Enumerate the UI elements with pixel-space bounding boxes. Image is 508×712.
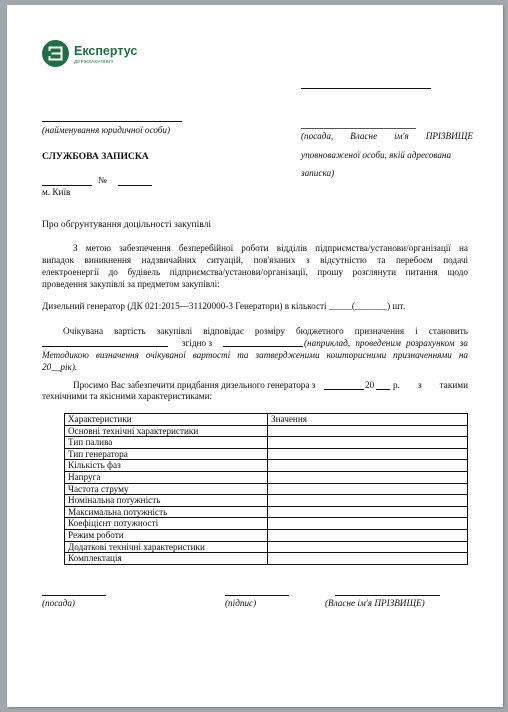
table-cell-name: Режим роботи xyxy=(65,529,268,541)
logo-subtitle: ДЕРЖЗАКУПІВЛІ xyxy=(74,59,113,64)
para3-year: 20 xyxy=(365,379,374,391)
table-header-characteristics: Характеристики xyxy=(65,414,268,426)
para2-example: (наприклад, проведеним розрахунком за xyxy=(304,337,468,349)
basis-line xyxy=(223,346,303,347)
document-page: Експертус ДЕРЖЗАКУПІВЛІ (посада, Власне … xyxy=(7,5,503,707)
table-cell-value[interactable] xyxy=(268,471,468,483)
table-header-row: Характеристики Значення xyxy=(65,414,468,426)
signature-position-line xyxy=(42,595,106,596)
signature-name-line xyxy=(335,595,440,596)
amount-line xyxy=(42,346,168,347)
table-row: Кількість фаз xyxy=(65,460,468,472)
logo-icon xyxy=(42,40,69,67)
para1-line3: електроенергії до будівель підприємства/… xyxy=(42,266,468,278)
table-row: Частота струму xyxy=(65,483,468,495)
table-cell-name: Тип генератора xyxy=(65,448,268,460)
addressee-caption-line1: (посада, Власне ім'я ПРІЗВИЩЕ xyxy=(301,130,473,142)
para1-line4: проведення закупівлі за предметом закупі… xyxy=(42,278,220,290)
table-cell-name: Коефіцієнт потужності xyxy=(65,518,268,530)
addressee-line-2 xyxy=(301,128,416,129)
addressee-caption-line2: уповноваженої особи, якій адресована xyxy=(301,149,451,161)
table-cell-name: Додаткові технічні характеристики xyxy=(65,541,268,553)
item-line: Дизельний генератор (ДК 021:2015—3112000… xyxy=(42,300,405,312)
para3-line2: технічними та якісними характеристиками: xyxy=(42,390,212,402)
para2-line1: Очікувана вартість закупівлі відповідає … xyxy=(63,325,468,337)
table-cell-name: Кількість фаз xyxy=(65,460,268,472)
table-cell-value[interactable] xyxy=(268,541,468,553)
table-cell-name: Частота струму xyxy=(65,483,268,495)
subject: Про обгрунтування доцільності закупівлі xyxy=(42,219,211,231)
table-cell-value[interactable] xyxy=(268,483,468,495)
table-row: Режим роботи xyxy=(65,529,468,541)
table-cell-value[interactable] xyxy=(268,553,468,565)
table-cell-value[interactable] xyxy=(268,460,468,472)
signature-position-caption: (посада) xyxy=(42,597,75,609)
table-cell-value[interactable] xyxy=(268,437,468,449)
addressee-caption-line3: записка) xyxy=(301,167,334,179)
addressee-line-1 xyxy=(301,88,431,89)
number-line xyxy=(118,185,152,186)
table-row: Максимальна потужність xyxy=(65,506,468,518)
para2-according: згідно з xyxy=(182,337,212,349)
table-cell-value[interactable] xyxy=(268,518,468,530)
table-row: Тип генератора xyxy=(65,448,468,460)
number-sign: № xyxy=(98,174,107,186)
logo-name: Експертус xyxy=(74,44,137,58)
entity-caption: (найменування юридичної особи) xyxy=(42,124,170,136)
table-row: Тип палива xyxy=(65,437,468,449)
table-cell-value[interactable] xyxy=(268,529,468,541)
table-header-value: Значення xyxy=(268,414,468,426)
para1-line1: З метою забезпечення безперебійної робот… xyxy=(73,242,468,254)
table-row: Номінальна потужність xyxy=(65,495,468,507)
signature-line xyxy=(225,595,289,596)
para2-line4: 20__рік). xyxy=(42,361,77,373)
city: м. Київ xyxy=(42,186,70,198)
table-cell-name: Комплектація xyxy=(65,553,268,565)
entity-name-line xyxy=(42,121,182,122)
table-cell-name: Максимальна потужність xyxy=(65,506,268,518)
table-cell-name: Напруга xyxy=(65,471,268,483)
table-cell-name: Основні технічні характеристики xyxy=(65,425,268,437)
table-row: Основні технічні характеристики xyxy=(65,425,468,437)
spec-table: Характеристики Значення Основні технічні… xyxy=(64,413,468,565)
table-cell-name: Тип палива xyxy=(65,437,268,449)
table-cell-name: Номінальна потужність xyxy=(65,495,268,507)
table-row: Коефіцієнт потужності xyxy=(65,518,468,530)
para1-line2: випадок виникнення надзвичайних ситуацій… xyxy=(42,254,468,266)
table-row: Додаткові технічні характеристики xyxy=(65,541,468,553)
table-row: Комплектація xyxy=(65,553,468,565)
table-cell-value[interactable] xyxy=(268,448,468,460)
date-blank-line xyxy=(324,389,364,390)
table-cell-value[interactable] xyxy=(268,495,468,507)
doc-title: СЛУЖБОВА ЗАПИСКА xyxy=(42,151,149,163)
signature-caption: (підпис) xyxy=(225,597,256,609)
signature-name-caption: (Власне ім'я ПРІЗВИЩЕ) xyxy=(325,597,425,609)
para3-tail: р. з такими xyxy=(393,379,468,391)
para2-line3: Методикою визначення очікуваної вартості… xyxy=(42,349,468,361)
year-blank-line xyxy=(376,389,390,390)
table-cell-value[interactable] xyxy=(268,506,468,518)
table-row: Напруга xyxy=(65,471,468,483)
table-cell-value[interactable] xyxy=(268,425,468,437)
